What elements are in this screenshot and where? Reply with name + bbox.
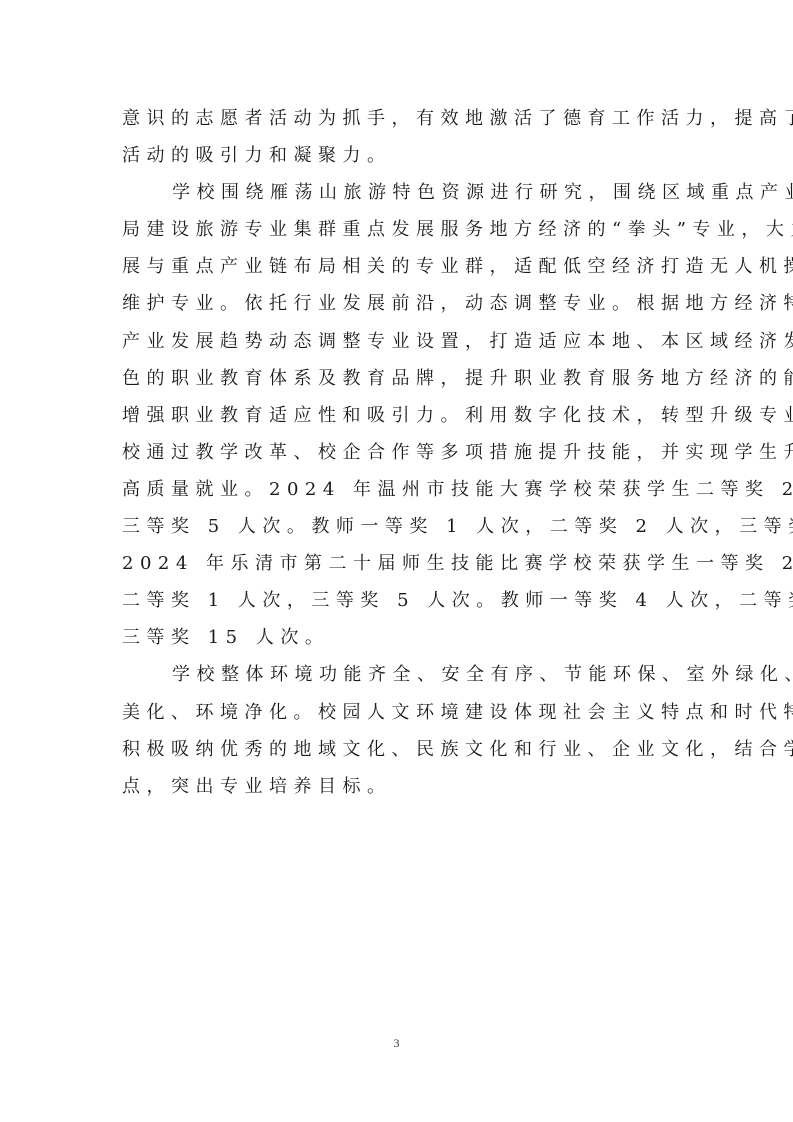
text-line: 2024 年乐清市第二十届师生技能比赛学校荣获学生一等奖 2 人次， bbox=[122, 545, 682, 582]
text-line: 意识的志愿者活动为抓手，有效地激活了德育工作活力，提高了德育 bbox=[122, 100, 682, 137]
text-line: 三等奖 5 人次。教师一等奖 1 人次，二等奖 2 人次，三等奖 1 人次。 bbox=[122, 508, 682, 545]
text-line: 学校围绕雁荡山旅游特色资源进行研究，围绕区域重点产业链布 bbox=[122, 174, 682, 211]
text-line: 点，突出专业培养目标。 bbox=[122, 768, 682, 805]
paragraph-1: 意识的志愿者活动为抓手，有效地激活了德育工作活力，提高了德育 活动的吸引力和凝聚… bbox=[122, 100, 682, 174]
text-line: 增强职业教育适应性和吸引力。利用数字化技术，转型升级专业。学 bbox=[122, 397, 682, 434]
text-line: 高质量就业。2024 年温州市技能大赛学校荣获学生二等奖 2 人次， bbox=[122, 471, 682, 508]
text-line: 产业发展趋势动态调整专业设置，打造适应本地、本区域经济发展特 bbox=[122, 323, 682, 360]
paragraph-3: 学校整体环境功能齐全、安全有序、节能环保、室外绿化、室内 美化、环境净化。校园人… bbox=[122, 656, 682, 804]
text-line: 积极吸纳优秀的地域文化、民族文化和行业、企业文化，结合学校特 bbox=[122, 731, 682, 768]
text-line: 局建设旅游专业集群重点发展服务地方经济的“拳头”专业，大力发 bbox=[122, 211, 682, 248]
page-number: 3 bbox=[0, 1036, 793, 1051]
text-line: 校通过教学改革、校企合作等多项措施提升技能，并实现学生升学和 bbox=[122, 434, 682, 471]
document-page: 意识的志愿者活动为抓手，有效地激活了德育工作活力，提高了德育 活动的吸引力和凝聚… bbox=[0, 0, 793, 1122]
text-line: 美化、环境净化。校园人文环境建设体现社会主义特点和时代特征， bbox=[122, 694, 682, 731]
text-line: 学校整体环境功能齐全、安全有序、节能环保、室外绿化、室内 bbox=[122, 656, 682, 693]
text-line: 展与重点产业链布局相关的专业群，适配低空经济打造无人机操控与 bbox=[122, 248, 682, 285]
text-line: 维护专业。依托行业发展前沿，动态调整专业。根据地方经济特点和 bbox=[122, 285, 682, 322]
body-text: 意识的志愿者活动为抓手，有效地激活了德育工作活力，提高了德育 活动的吸引力和凝聚… bbox=[122, 100, 682, 805]
text-line: 色的职业教育体系及教育品牌，提升职业教育服务地方经济的能力， bbox=[122, 360, 682, 397]
text-line: 二等奖 1 人次，三等奖 5 人次。教师一等奖 4 人次，二等奖 4 人次， bbox=[122, 582, 682, 619]
paragraph-2: 学校围绕雁荡山旅游特色资源进行研究，围绕区域重点产业链布 局建设旅游专业集群重点… bbox=[122, 174, 682, 656]
text-line: 活动的吸引力和凝聚力。 bbox=[122, 137, 682, 174]
text-line: 三等奖 15 人次。 bbox=[122, 619, 682, 656]
